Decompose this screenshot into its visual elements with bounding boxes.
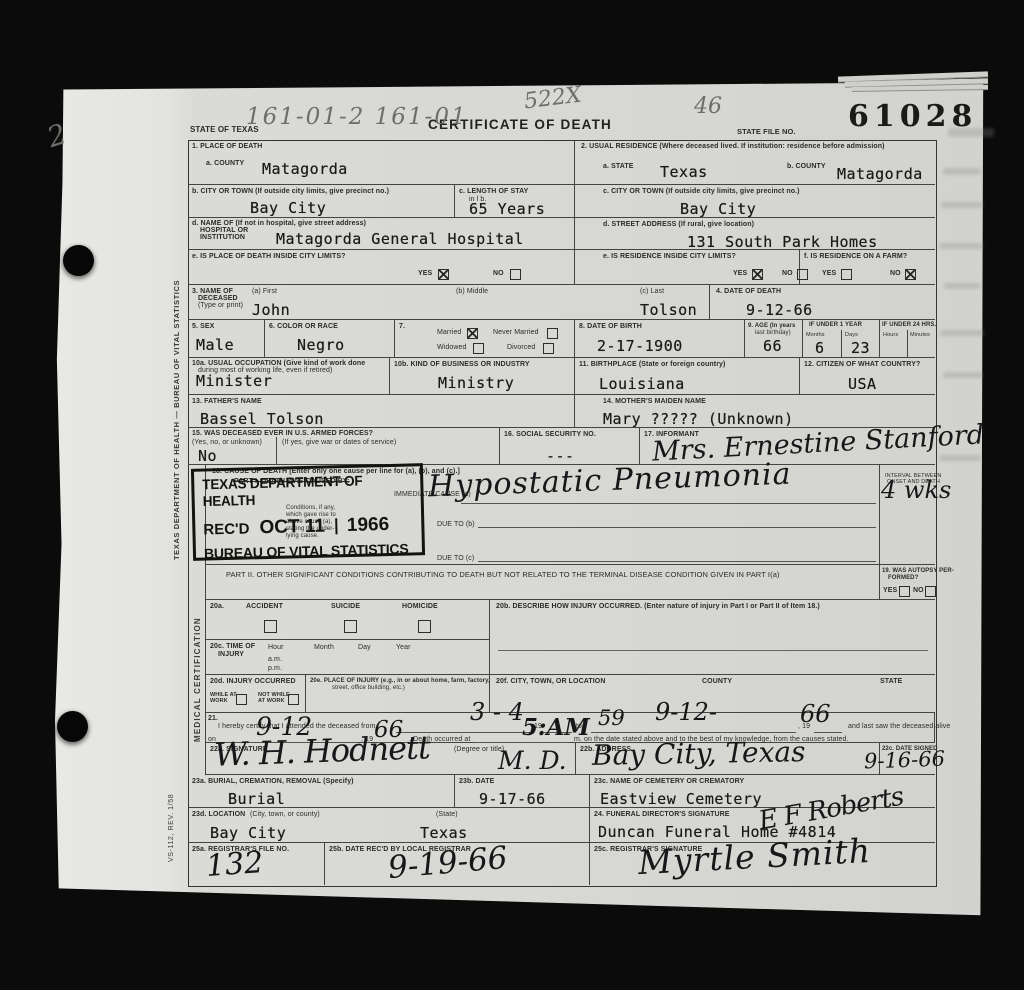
label-20a: 20a. [210,603,224,611]
married-label: Married [437,329,461,337]
under1-divider [841,330,842,358]
months-label: Months [806,332,825,339]
middle-name-label: (b) Middle [456,288,488,296]
residence-state-value: Texas [660,165,708,180]
cell-20e: 20e. PLACE OF INJURY (e.g., in or about … [306,675,490,713]
county-label: a. COUNTY [206,160,244,168]
occupation-value: Minister [196,374,272,389]
autopsy-no-checkbox [925,586,936,597]
farm-no-checkbox [905,269,916,280]
date-signed-handwriting: 9-16-66 [864,749,946,773]
autopsy-label-2: FORMED? [888,575,918,582]
color-race-value: Negro [297,338,345,353]
bleedthrough-smudge [943,372,983,378]
label-21: 21. [208,715,218,723]
cell-industry: 10b. KIND OF BUSINESS OR INDUSTRY Minist… [390,358,575,395]
certify-line-3 [591,732,796,733]
citizenship-label: 12. CITIZEN OF WHAT COUNTRY? [804,361,920,369]
date-of-death-label: 4. DATE OF DEATH [716,288,781,296]
cell-age: 9. AGE (In years last birthday) 66 [745,320,803,358]
divorced-label: Divorced [507,344,535,352]
label-20b: 20b. DESCRIBE HOW INJURY OCCURRED. (Ente… [496,603,820,611]
autopsy-yes-label: YES [883,587,897,595]
residence-county-label: b. COUNTY [787,163,826,171]
cell-burial-location: 23d. LOCATION (City, town, or county) (S… [188,808,590,843]
hospital-label-3: INSTITUTION [200,234,245,242]
due-b-line [478,527,876,528]
bleedthrough-smudge [939,455,981,461]
autopsy-yes-checkbox [899,586,910,597]
suicide-label: SUICIDE [331,603,360,611]
state-file-no-label: STATE FILE NO. [737,127,796,136]
cell-20a: 20a. ACCIDENT SUICIDE HOMICIDE [206,600,490,640]
cell-father-name: 13. FATHER'S NAME Bassel Tolson [188,395,575,428]
cell-if-under-24-hrs: IF UNDER 24 HRS. Hours Minutes [880,320,935,358]
cause-a-line [461,503,876,504]
label-20c-2: INJURY [218,651,244,659]
industry-label: 10b. KIND OF BUSINESS OR INDUSTRY [394,361,530,369]
widowed-label: Widowed [437,344,467,352]
length-of-stay-value: 65 Years [469,202,545,217]
residence-farm-label: f. IS RESIDENCE ON A FARM? [804,253,907,261]
cell-length-of-stay: c. LENGTH OF STAY in l b. 65 Years [455,185,575,218]
residence-city-label: c. CITY OR TOWN (If outside city limits,… [603,188,800,196]
city-of-death-label: b. CITY OR TOWN (If outside city limits,… [192,188,389,196]
cemetery-value: Eastview Cemetery [600,792,762,807]
street-address-label: d. STREET ADDRESS (If rural, give locati… [603,221,754,229]
cell-armed-forces: 15. WAS DECEASED EVER IN U.S. ARMED FORC… [188,428,500,465]
due-to-c-label: DUE TO (c) [437,555,474,563]
bleedthrough-smudge [939,243,983,249]
due-to-b-label: DUE TO (b) [437,521,475,529]
last-name-value: Tolson [640,303,697,318]
last-name-label: (c) Last [640,288,664,296]
cell-20b: 20b. DESCRIBE HOW INJURY OCCURRED. (Ente… [490,600,935,675]
attended-from-handwriting: 3 - 4 [470,700,524,724]
stamp-year: 1966 [347,515,390,535]
color-race-label: 6. COLOR OR RACE [269,323,338,331]
residence-limits-no-label: NO [782,270,793,278]
funeral-director-label: 24. FUNERAL DIRECTOR'S SIGNATURE [594,811,730,819]
cell-citizenship: 12. CITIZEN OF WHAT COUNTRY? USA [800,358,935,395]
county-value: Matagorda [262,162,348,177]
first-name-value: John [252,303,290,318]
armed-forces-value: No [198,449,217,464]
death-limits-no-label: NO [493,270,504,278]
while-at-work-checkbox [236,694,247,705]
cell-death-city-limits: e. IS PLACE OF DEATH INSIDE CITY LIMITS?… [188,250,575,285]
sex-value: Male [196,338,234,353]
farm-no-label: NO [890,270,901,278]
cell-mother-name: 14. MOTHER'S MAIDEN NAME Mary ????? (Unk… [575,395,935,428]
under-24-hrs-label: IF UNDER 24 HRS. [882,322,936,329]
cell-residence-city: c. CITY OR TOWN (If outside city limits,… [575,185,935,218]
accident-checkbox [264,620,277,633]
cell-burial: 23a. BURIAL, CREMATION, REMOVAL (Specify… [188,775,455,808]
certify-text-5: and last saw the deceased alive [848,723,950,731]
bleedthrough-smudge [941,202,983,208]
death-limits-yes-label: YES [418,270,432,278]
residence-limits-label: e. IS RESIDENCE INSIDE CITY LIMITS? [603,253,736,261]
death-time-handwriting: 5:AM [522,716,590,739]
homicide-label: HOMICIDE [402,603,438,611]
cell-color-race: 6. COLOR OR RACE Negro [265,320,395,358]
cell-street-address: d. STREET ADDRESS (If rural, give locati… [575,218,935,250]
received-stamp: TEXAS DEPARTMENT OF HEALTH REC'D OCT 11 … [191,463,425,561]
married-checkbox [467,328,478,339]
burial-label: 23a. BURIAL, CREMATION, REMOVAL (Specify… [192,778,354,786]
stamp-line1: TEXAS DEPARTMENT OF HEALTH [202,472,413,511]
cell-if-under-1-year: IF UNDER 1 YEAR Months 6 Days 23 [803,320,880,358]
city-of-death-value: Bay City [250,201,326,216]
cell-part2: PART II. OTHER SIGNIFICANT CONDITIONS CO… [206,565,880,600]
registrar-file-handwriting: 132 [205,848,264,882]
label-20f: 20f. CITY, TOWN, OR LOCATION [496,678,606,686]
scanned-death-certificate: 2 TEXAS DEPARTMENT OF HEALTH — BUREAU OF… [0,0,1024,990]
cell-ssn: 16. SOCIAL SECURITY NO. --- [500,428,640,465]
widowed-checkbox [473,343,484,354]
residence-county-value: Matagorda [837,167,923,182]
physician-signature-handwriting: W. H. Hodnett [214,731,431,771]
cell-20c: 20c. TIME OF INJURY Hour a.m. p.m. Month… [206,640,490,675]
citizenship-value: USA [848,377,877,392]
date-of-birth-label: 8. DATE OF BIRTH [579,323,642,331]
am-label: a.m. [268,656,282,664]
burial-value: Burial [228,792,285,807]
first-name-label: (a) First [252,288,277,296]
punch-hole [57,711,88,742]
months-value: 6 [815,341,825,356]
birthplace-label: 11. BIRTHPLACE (State or foreign country… [579,361,725,369]
hospital-value: Matagorda General Hospital [276,232,524,247]
cell-burial-date: 23b. DATE 9-17-66 [455,775,590,808]
birthplace-value: Louisiana [599,377,685,392]
cell-name-of-deceased: 3. NAME OF DECEASED (Type or print) (a) … [188,285,710,320]
cell-marital-status: 7. Married Never Married Widowed Divorce… [395,320,575,358]
homicide-checkbox [418,620,431,633]
usual-residence-label: 2. USUAL RESIDENCE (Where deceased lived… [581,143,885,151]
cell-date-of-birth: 8. DATE OF BIRTH 2-17-1900 [575,320,745,358]
attended-to-year-handwriting: 66 [800,702,831,726]
cell-place-of-death: 1. PLACE OF DEATH a. COUNTY Matagorda [188,140,575,185]
while-at-work-label-2: WORK [210,698,228,705]
place-of-death-label: 1. PLACE OF DEATH [192,143,262,151]
father-name-label: 13. FATHER'S NAME [192,398,262,406]
cell-autopsy: 19. WAS AUTOPSY PER- FORMED? YES NO [880,565,935,600]
accident-label: ACCIDENT [246,603,283,611]
divorced-checkbox [543,343,554,354]
deceased-label-3: (Type or print) [198,302,243,310]
cell-usual-residence: 2. USUAL RESIDENCE (Where deceased lived… [575,140,935,185]
father-name-value: Bassel Tolson [200,412,324,427]
label-20e-2: street, office building, etc.) [332,685,405,692]
cell-residence-city-limits: e. IS RESIDENCE INSIDE CITY LIMITS? YES … [575,250,800,285]
residence-city-value: Bay City [680,202,756,217]
attended-from-year-handwriting: 59 [598,708,625,729]
armed-forces-divider [276,437,277,465]
cell-residence-farm: f. IS RESIDENCE ON A FARM? YES NO [800,250,935,285]
armed-forces-sub2: (If yes, give war or dates of service) [282,439,396,447]
not-while-label-2: AT WORK [258,698,285,705]
ssn-label: 16. SOCIAL SECURITY NO. [504,431,596,439]
never-married-checkbox [547,328,558,339]
cell-birthplace: 11. BIRTHPLACE (State or foreign country… [575,358,800,395]
physician-address-handwriting: Bay City, Texas [592,738,806,770]
hours-label: Hours [883,332,898,339]
death-limits-no-checkbox [510,269,521,280]
mother-name-value: Mary ????? (Unknown) [603,412,794,427]
pencil-registrar-codes: 161-01-2 161-01 [246,106,468,129]
month-label: Month [314,644,334,652]
not-while-checkbox [288,694,299,705]
death-limits-yes-checkbox [438,269,449,280]
street-address-value: 131 South Park Homes [687,235,878,250]
days-label: Days [845,332,858,339]
stamp-recd: REC'D [203,522,249,538]
state-file-number: 61028 [848,102,977,132]
industry-value: Ministry [438,376,514,391]
under24-divider [907,330,908,358]
cell-sex: 5. SEX Male [188,320,265,358]
marital-label: 7. [399,323,405,331]
injury-state-label: STATE [880,678,902,686]
residence-state-label: a. STATE [603,163,634,171]
farm-yes-label: YES [822,270,836,278]
death-city-limits-label: e. IS PLACE OF DEATH INSIDE CITY LIMITS? [192,253,345,261]
location-state-sublabel: (State) [436,811,458,819]
physician-degree-handwriting: M. D. [498,748,567,773]
cell-20d: 20d. INJURY OCCURRED WHILE AT WORK NOT W… [206,675,306,713]
never-married-label: Never Married [493,329,539,337]
attended-to-handwriting: 9-12- [655,700,717,724]
punch-hole [63,245,94,276]
bleedthrough-smudge [943,168,981,175]
pm-label: p.m. [268,665,282,673]
cell-hospital: d. NAME OF (If not in hospital, give str… [188,218,575,250]
agency-vertical-label: TEXAS DEPARTMENT OF HEALTH — BUREAU OF V… [172,280,181,560]
bleedthrough-smudge [940,330,984,336]
ssn-value: --- [546,449,575,464]
day-label: Day [358,644,371,652]
location-city-value: Bay City [210,826,286,841]
interval-handwriting: 4 wks [881,478,951,502]
burial-date-label: 23b. DATE [459,778,494,786]
armed-forces-label: 15. WAS DECEASED EVER IN U.S. ARMED FORC… [192,430,373,438]
location-city-sublabel: (City, town, or county) [250,811,320,819]
minutes-label: Minutes [910,332,930,339]
farm-yes-checkbox [841,269,852,280]
residence-limits-yes-label: YES [733,270,747,278]
injury-writing-line [498,650,928,651]
days-value: 23 [851,341,870,356]
cell-date-of-death: 4. DATE OF DEATH 9-12-66 [710,285,935,320]
degree-label: (Degree or title) [454,746,504,754]
cell-occupation: 10a. USUAL OCCUPATION (Give kind of work… [188,358,390,395]
hour-label: Hour [268,644,284,652]
suicide-checkbox [344,620,357,633]
under-1-year-label: IF UNDER 1 YEAR [809,322,862,329]
location-state-value: Texas [420,826,468,841]
form-number-label: VS-112, REV. 1/58 [168,794,175,862]
cell-city-of-death: b. CITY OR TOWN (If outside city limits,… [188,185,455,218]
bleedthrough-smudge [944,283,980,289]
pencil-note-b: 46 [694,96,722,118]
autopsy-no-label: NO [913,587,924,595]
residence-limits-yes-checkbox [752,269,763,280]
stamp-divider [335,519,337,535]
label-20d: 20d. INJURY OCCURRED [210,678,296,686]
date-of-birth-value: 2-17-1900 [597,339,683,354]
sex-label: 5. SEX [192,323,214,331]
location-label: 23d. LOCATION [192,811,245,819]
due-c-line [478,561,876,562]
stamp-line2: REC'D OCT 11 1966 [203,514,413,539]
mother-name-label: 14. MOTHER'S MAIDEN NAME [603,398,706,406]
part2-label: PART II. OTHER SIGNIFICANT CONDITIONS CO… [226,570,780,579]
injury-county-label: COUNTY [702,678,732,686]
year-label: Year [396,644,411,652]
stamp-date: OCT 11 [259,517,325,538]
burial-date-value: 9-17-66 [479,792,546,807]
cemetery-label: 23c. NAME OF CEMETERY OR CREMATORY [594,778,744,786]
certify-line-4 [814,732,842,733]
age-value: 66 [763,339,782,354]
date-of-death-value: 9-12-66 [746,303,813,318]
